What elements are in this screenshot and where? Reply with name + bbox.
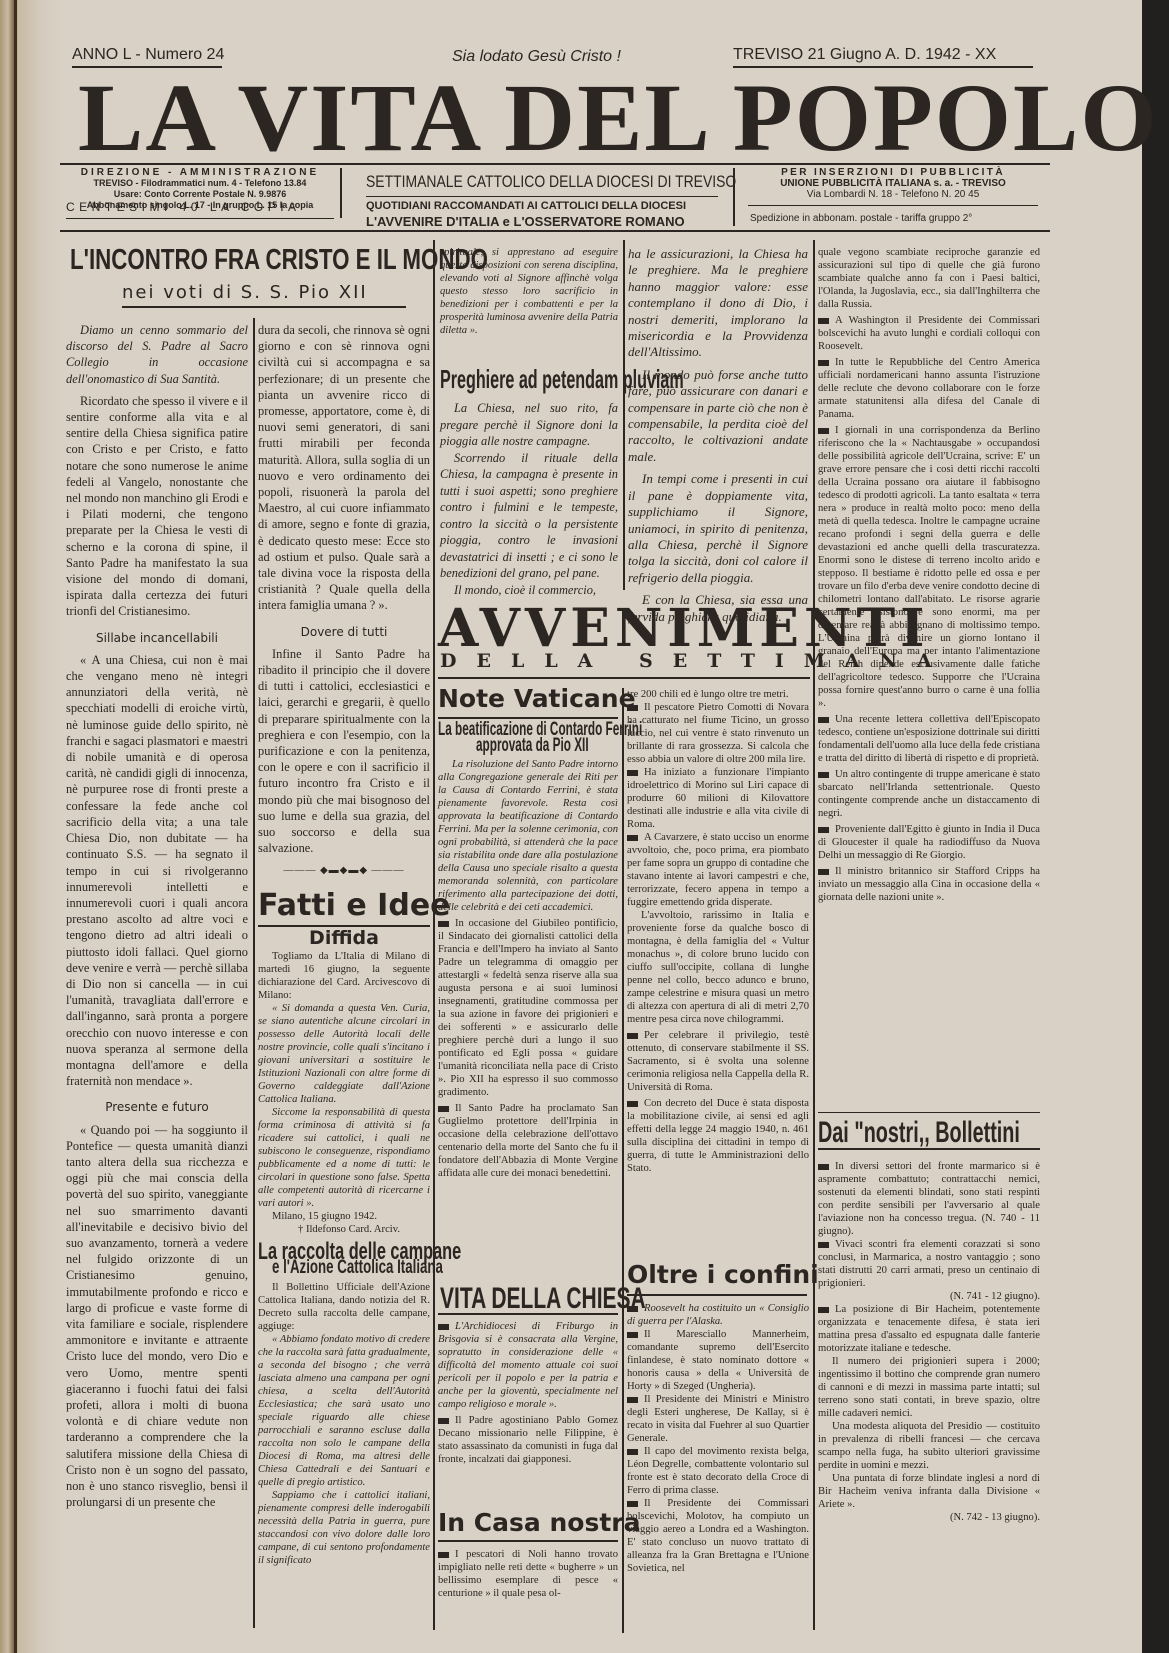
bollettini-heading: Dai "nostri,, Bollettini	[818, 1116, 1020, 1150]
news-item-text: tre 200 chili ed è lungo oltre tre metri…	[627, 688, 809, 701]
news-item-text: A Cavarzere, è stato ucciso un enorme av…	[627, 832, 809, 908]
bulletin-paragraph: Una modesta aliquota del Presidio — cost…	[818, 1420, 1040, 1472]
news-item-text: Il Presidente dei Commissari bolscevichi…	[627, 1498, 809, 1574]
campane-subtitle: e l'Azione Cattolica Italiana	[272, 1260, 383, 1276]
news-item-text: Il Santo Padre ha proclamato San Gugliel…	[438, 1103, 618, 1179]
diffida-date: Milano, 15 giugno 1942.	[258, 1210, 430, 1223]
lead-paragraph: « Quando poi — ha soggiunto il Pontefice…	[66, 1122, 248, 1511]
bullet-icon	[818, 1307, 829, 1313]
news-item-text: L'Archidiocesi di Friburgo in Brisgovia …	[438, 1321, 618, 1410]
news-item-text: Proveniente dall'Egitto è giunto in Indi…	[818, 824, 1040, 861]
preghiere-paragraph: In tempi come i presenti in cui il pane …	[628, 471, 808, 586]
advertising-agency: UNIONE PUBBLICITÀ ITALIANA s. a. - TREVI…	[748, 178, 1038, 189]
news-item: Con decreto del Duce è stata disposta la…	[627, 1097, 809, 1175]
news-item-text: Il pescatore Pietro Comotti di Novara ha…	[627, 702, 809, 765]
rule	[438, 1540, 618, 1542]
advertising-address: Via Lombardi N. 18 - Telefono N. 20 45	[748, 189, 1038, 200]
diffida-signature: † Ildefonso Card. Arciv.	[258, 1223, 430, 1236]
fatti-idee-column: Diffida Togliamo da L'Italia di Milano d…	[258, 930, 430, 1567]
news-item-text: Il ministro britannico sir Stafford Crip…	[818, 866, 1040, 903]
bullet-icon	[818, 318, 829, 324]
rule	[438, 677, 810, 679]
weekly-title: SETTIMANALE CATTOLICO DELLA DIOCESI DI T…	[366, 172, 736, 192]
right-news-column: quale vegono scambiate reciproche garanz…	[818, 246, 1040, 904]
news-item: Proveniente dall'Egitto è giunto in Indi…	[818, 823, 1040, 862]
news-item: Il Presidente dei Commissari bolscevichi…	[627, 1497, 809, 1575]
bulletin-reference: (N. 741 - 12 giugno).	[818, 1290, 1040, 1303]
news-item: Il Padre agostiniano Pablo Gomez Decano …	[438, 1414, 618, 1466]
news-item-text: Vivaci scontri fra elementi corazzati si…	[818, 1239, 1040, 1289]
bollettini-column: In diversi settori del fronte marmarico …	[818, 1160, 1040, 1524]
news-item-text: La posizione di Bir Hacheim, potentement…	[818, 1304, 1040, 1354]
news-item: Vivaci scontri fra elementi corazzati si…	[818, 1238, 1040, 1290]
admin-title: DIREZIONE - AMMINISTRAZIONE	[66, 167, 334, 178]
bullet-icon	[818, 772, 829, 778]
section-heading: Presente e futuro	[66, 1099, 248, 1115]
bullet-icon	[438, 921, 449, 927]
lead-column-1: Diamo un cenno sommario del discorso del…	[66, 322, 248, 1510]
bullet-icon	[818, 1242, 829, 1248]
advertising-box: PER INSERZIONI DI PUBBLICITÀ UNIONE PUBB…	[748, 167, 1038, 200]
lead-paragraph: dura da secoli, che rinnova sè ogni gior…	[258, 322, 430, 614]
bullet-icon	[438, 1552, 449, 1558]
news-item: A Washington il Presidente dei Commissar…	[818, 314, 1040, 353]
preghiere-paragraph: ha le assicurazioni, la Chiesa ha le pre…	[628, 246, 808, 361]
news-item: L'Archidiocesi di Friburgo in Brisgovia …	[438, 1320, 618, 1411]
news-item: Il capo del movimento rexista belga, Léo…	[627, 1445, 809, 1497]
rule	[66, 218, 334, 219]
news-item: Una recente lettera collettiva dell'Epis…	[818, 713, 1040, 765]
bullet-icon	[818, 717, 829, 723]
news-item-text: quale vegono scambiate reciproche garanz…	[818, 246, 1040, 311]
bullet-icon	[627, 705, 638, 711]
vita-chiesa-heading: VITA DELLA CHIESA	[440, 1282, 646, 1316]
news-item: I giornali in una corrispondenza da Berl…	[818, 424, 1040, 710]
diffida-quote: « Si domanda a questa Ven. Curia, se sia…	[258, 1002, 430, 1106]
bullet-icon	[627, 835, 638, 841]
masthead-rule	[60, 163, 1050, 165]
bullet-icon	[438, 1324, 449, 1330]
advertising-title: PER INSERZIONI DI PUBBLICITÀ	[748, 167, 1038, 178]
news-item-text: I pescatori di Noli hanno trovato impigl…	[438, 1549, 618, 1599]
news-item: Ha iniziato a funzionare l'impianto idro…	[627, 766, 809, 831]
page-binding-edge	[14, 0, 17, 1653]
oltre-confini-column: Roosevelt ha costituito un « Consiglio d…	[627, 1302, 809, 1575]
issue-number: ANNO L - Numero 24	[72, 46, 224, 64]
preghiere-paragraph: Scorrendo il rituale della Chiesa, la ca…	[440, 450, 618, 582]
news-item-text: Una recente lettera collettiva dell'Epis…	[818, 714, 1040, 764]
news-item-text: Roosevelt ha costituito un « Consiglio d…	[627, 1303, 809, 1327]
lead-column-2: dura da secoli, che rinnova sè ogni gior…	[258, 322, 430, 879]
bullet-icon	[627, 1033, 638, 1039]
news-item-text: Il Presidente dei Ministri e Ministro de…	[627, 1394, 809, 1444]
ferrini-paragraph: La risoluzione del Santo Padre intorno a…	[438, 758, 618, 914]
rule	[122, 306, 406, 308]
news-item: In occasione del Giubileo pontificio, il…	[438, 917, 618, 1099]
news-item-text: L'avvoltoio, rarissimo in Italia e prove…	[627, 909, 809, 1026]
news-item: I pescatori di Noli hanno trovato impigl…	[438, 1548, 618, 1600]
admin-address: TREVISO - Filodrammatici num. 4 - Telefo…	[66, 178, 334, 189]
bulletin-reference: (N. 742 - 13 giugno).	[818, 1511, 1040, 1524]
news-item: In diversi settori del fronte marmarico …	[818, 1160, 1040, 1238]
column-rule	[622, 688, 624, 1633]
news-item-text: Per celebrare il privilegio, testè otten…	[627, 1030, 809, 1093]
news-item-text: Con decreto del Duce è stata disposta la…	[627, 1098, 809, 1174]
campane-continuation: spirituale, si apprestano ad eseguire qu…	[440, 246, 618, 337]
masthead-title: LA VITA DEL POPOLO	[78, 70, 1159, 166]
dateline: TREVISO 21 Giugno A. D. 1942 - XX	[733, 46, 996, 64]
bullet-icon	[627, 1306, 638, 1312]
news-item: Per celebrare il privilegio, testè otten…	[627, 1029, 809, 1094]
rule	[438, 1313, 618, 1315]
news-item-text: A Washington il Presidente dei Commissar…	[818, 315, 1040, 352]
news-item-text: Ha iniziato a funzionare l'impianto idro…	[627, 767, 809, 830]
campane-paragraph: Il Bollettino Ufficiale dell'Azione Catt…	[258, 1281, 430, 1333]
header-bottom-rule	[60, 230, 1050, 232]
news-item: Il pescatore Pietro Comotti di Novara ha…	[627, 701, 809, 766]
ornament-divider: ——— ◆▬◆▬◆ ———	[258, 863, 430, 879]
rule	[818, 1112, 1040, 1113]
ferrini-subheadline: approvata da Pio XII	[476, 738, 564, 754]
bullet-icon	[818, 360, 829, 366]
news-item-text: In occasione del Giubileo pontificio, il…	[438, 918, 618, 1098]
rule	[733, 168, 735, 226]
note-vaticane-heading: Note Vaticane	[438, 684, 636, 713]
oltre-confini-heading: Oltre i confini	[627, 1260, 819, 1289]
bulletin-paragraph: Una puntata di forze blindate inglesi a …	[818, 1472, 1040, 1511]
bullet-icon	[818, 869, 829, 875]
news-item: Il ministro britannico sir Stafford Crip…	[818, 865, 1040, 904]
bulletin-paragraph: Il numero dei prigionieri supera i 2000;…	[818, 1355, 1040, 1420]
column-rule	[623, 240, 625, 590]
news-item: Un altro contingente di truppe americane…	[818, 768, 1040, 820]
diffida-title: Diffida	[258, 930, 430, 946]
news-item-text: In diversi settori del fronte marmarico …	[818, 1161, 1040, 1237]
rule	[340, 168, 342, 218]
fatti-idee-heading: Fatti e Idee	[258, 888, 451, 923]
news-item: Roosevelt ha costituito un « Consiglio d…	[627, 1302, 809, 1328]
admin-postal-account: Usare: Conto Corrente Postale N. 9.9876	[66, 189, 334, 200]
bullet-icon	[818, 1164, 829, 1170]
bullet-icon	[818, 428, 829, 434]
diffida-paragraph: Togliamo da L'Italia di Milano di marted…	[258, 950, 430, 1002]
newspaper-names: L'AVVENIRE D'ITALIA e L'OSSERVATORE ROMA…	[366, 214, 685, 229]
bullet-icon	[627, 1101, 638, 1107]
casa-nostra-column: tre 200 chili ed è lungo oltre tre metri…	[627, 688, 809, 1175]
news-item-text: I giornali in una corrispondenza da Berl…	[818, 425, 1040, 709]
news-item-text: In tutte le Repubbliche del Centro Ameri…	[818, 357, 1040, 420]
news-item: A Cavarzere, è stato ucciso un enorme av…	[627, 831, 809, 909]
bullet-icon	[627, 1501, 638, 1507]
rule	[748, 205, 1038, 206]
casa-nostra-start: I pescatori di Noli hanno trovato impigl…	[438, 1548, 618, 1600]
section-heading: Dovere di tutti	[258, 624, 430, 640]
campane-quote: « Abbiamo fondato motivo di credere che …	[258, 1333, 430, 1489]
rule	[627, 1294, 807, 1296]
bullet-icon	[627, 1332, 638, 1338]
news-item-text: Il Maresciallo Mannerheim, comandante su…	[627, 1329, 809, 1392]
postal-rate: Spedizione in abbonam. postale - tariffa…	[750, 213, 972, 224]
lead-paragraph: Infine il Santo Padre ha ribadito il pri…	[258, 646, 430, 857]
bullet-icon	[627, 1397, 638, 1403]
preghiere-paragraph: Il mondo può forse anche tutto fare, può…	[628, 367, 808, 465]
rule	[366, 196, 718, 197]
column-rule	[433, 240, 435, 1630]
news-item-text: Il capo del movimento rexista belga, Léo…	[627, 1446, 809, 1496]
recommended-papers: QUOTIDIANI RACCOMANDATI AI CATTOLICI DEL…	[366, 200, 686, 212]
newspaper-page: ANNO L - Numero 24 Sia lodato Gesù Crist…	[0, 0, 1142, 1653]
column-rule	[253, 318, 255, 1628]
preghiere-column-1: La Chiesa, nel suo rito, fa pregare perc…	[440, 400, 618, 598]
lead-paragraph: « A una Chiesa, cui non è mai che vengan…	[66, 652, 248, 1089]
bullet-icon	[438, 1106, 449, 1112]
news-item-text: Un altro contingente di truppe americane…	[818, 769, 1040, 819]
price: CENTESIMI 40 LA COPIA	[66, 200, 301, 214]
news-item: Il Maresciallo Mannerheim, comandante su…	[627, 1328, 809, 1393]
lead-subheadline: nei voti di S. S. Pio XII	[122, 282, 368, 303]
news-item: Il Presidente dei Ministri e Ministro de…	[627, 1393, 809, 1445]
preghiere-paragraph: La Chiesa, nel suo rito, fa pregare perc…	[440, 400, 618, 450]
news-item-text: Il Padre agostiniano Pablo Gomez Decano …	[438, 1415, 618, 1465]
bullet-icon	[818, 827, 829, 833]
news-item: In tutte le Repubbliche del Centro Ameri…	[818, 356, 1040, 421]
lead-headline: L'INCONTRO FRA CRISTO E IL MONDO	[70, 244, 488, 277]
preghiere-paragraph: Il mondo, cioè il commercio,	[440, 582, 618, 599]
section-heading: Sillabe incancellabili	[66, 630, 248, 646]
column-rule	[813, 240, 815, 1630]
diffida-quote: Siccome la responsabilità di questa form…	[258, 1106, 430, 1210]
bullet-icon	[627, 1449, 638, 1455]
casa-nostra-heading: In Casa nostra	[438, 1508, 640, 1537]
note-vaticane-column: La beatificazione di Contardo Ferrini ap…	[438, 722, 618, 1180]
news-item: Il Santo Padre ha proclamato San Gugliel…	[438, 1102, 618, 1180]
lead-intro: Diamo un cenno sommario del discorso del…	[66, 322, 248, 387]
news-item: La posizione di Bir Hacheim, potentement…	[818, 1303, 1040, 1355]
vita-chiesa-column: L'Archidiocesi di Friburgo in Brisgovia …	[438, 1320, 618, 1466]
lead-paragraph: Ricordato che spesso il vivere e il sent…	[66, 393, 248, 620]
campane-quote: Sappiamo che i cattolici italiani, piena…	[258, 1489, 430, 1567]
preghiere-column-2: ha le assicurazioni, la Chiesa ha le pre…	[628, 246, 808, 625]
bullet-icon	[438, 1418, 449, 1424]
rule	[818, 1148, 1040, 1150]
bullet-icon	[627, 770, 638, 776]
